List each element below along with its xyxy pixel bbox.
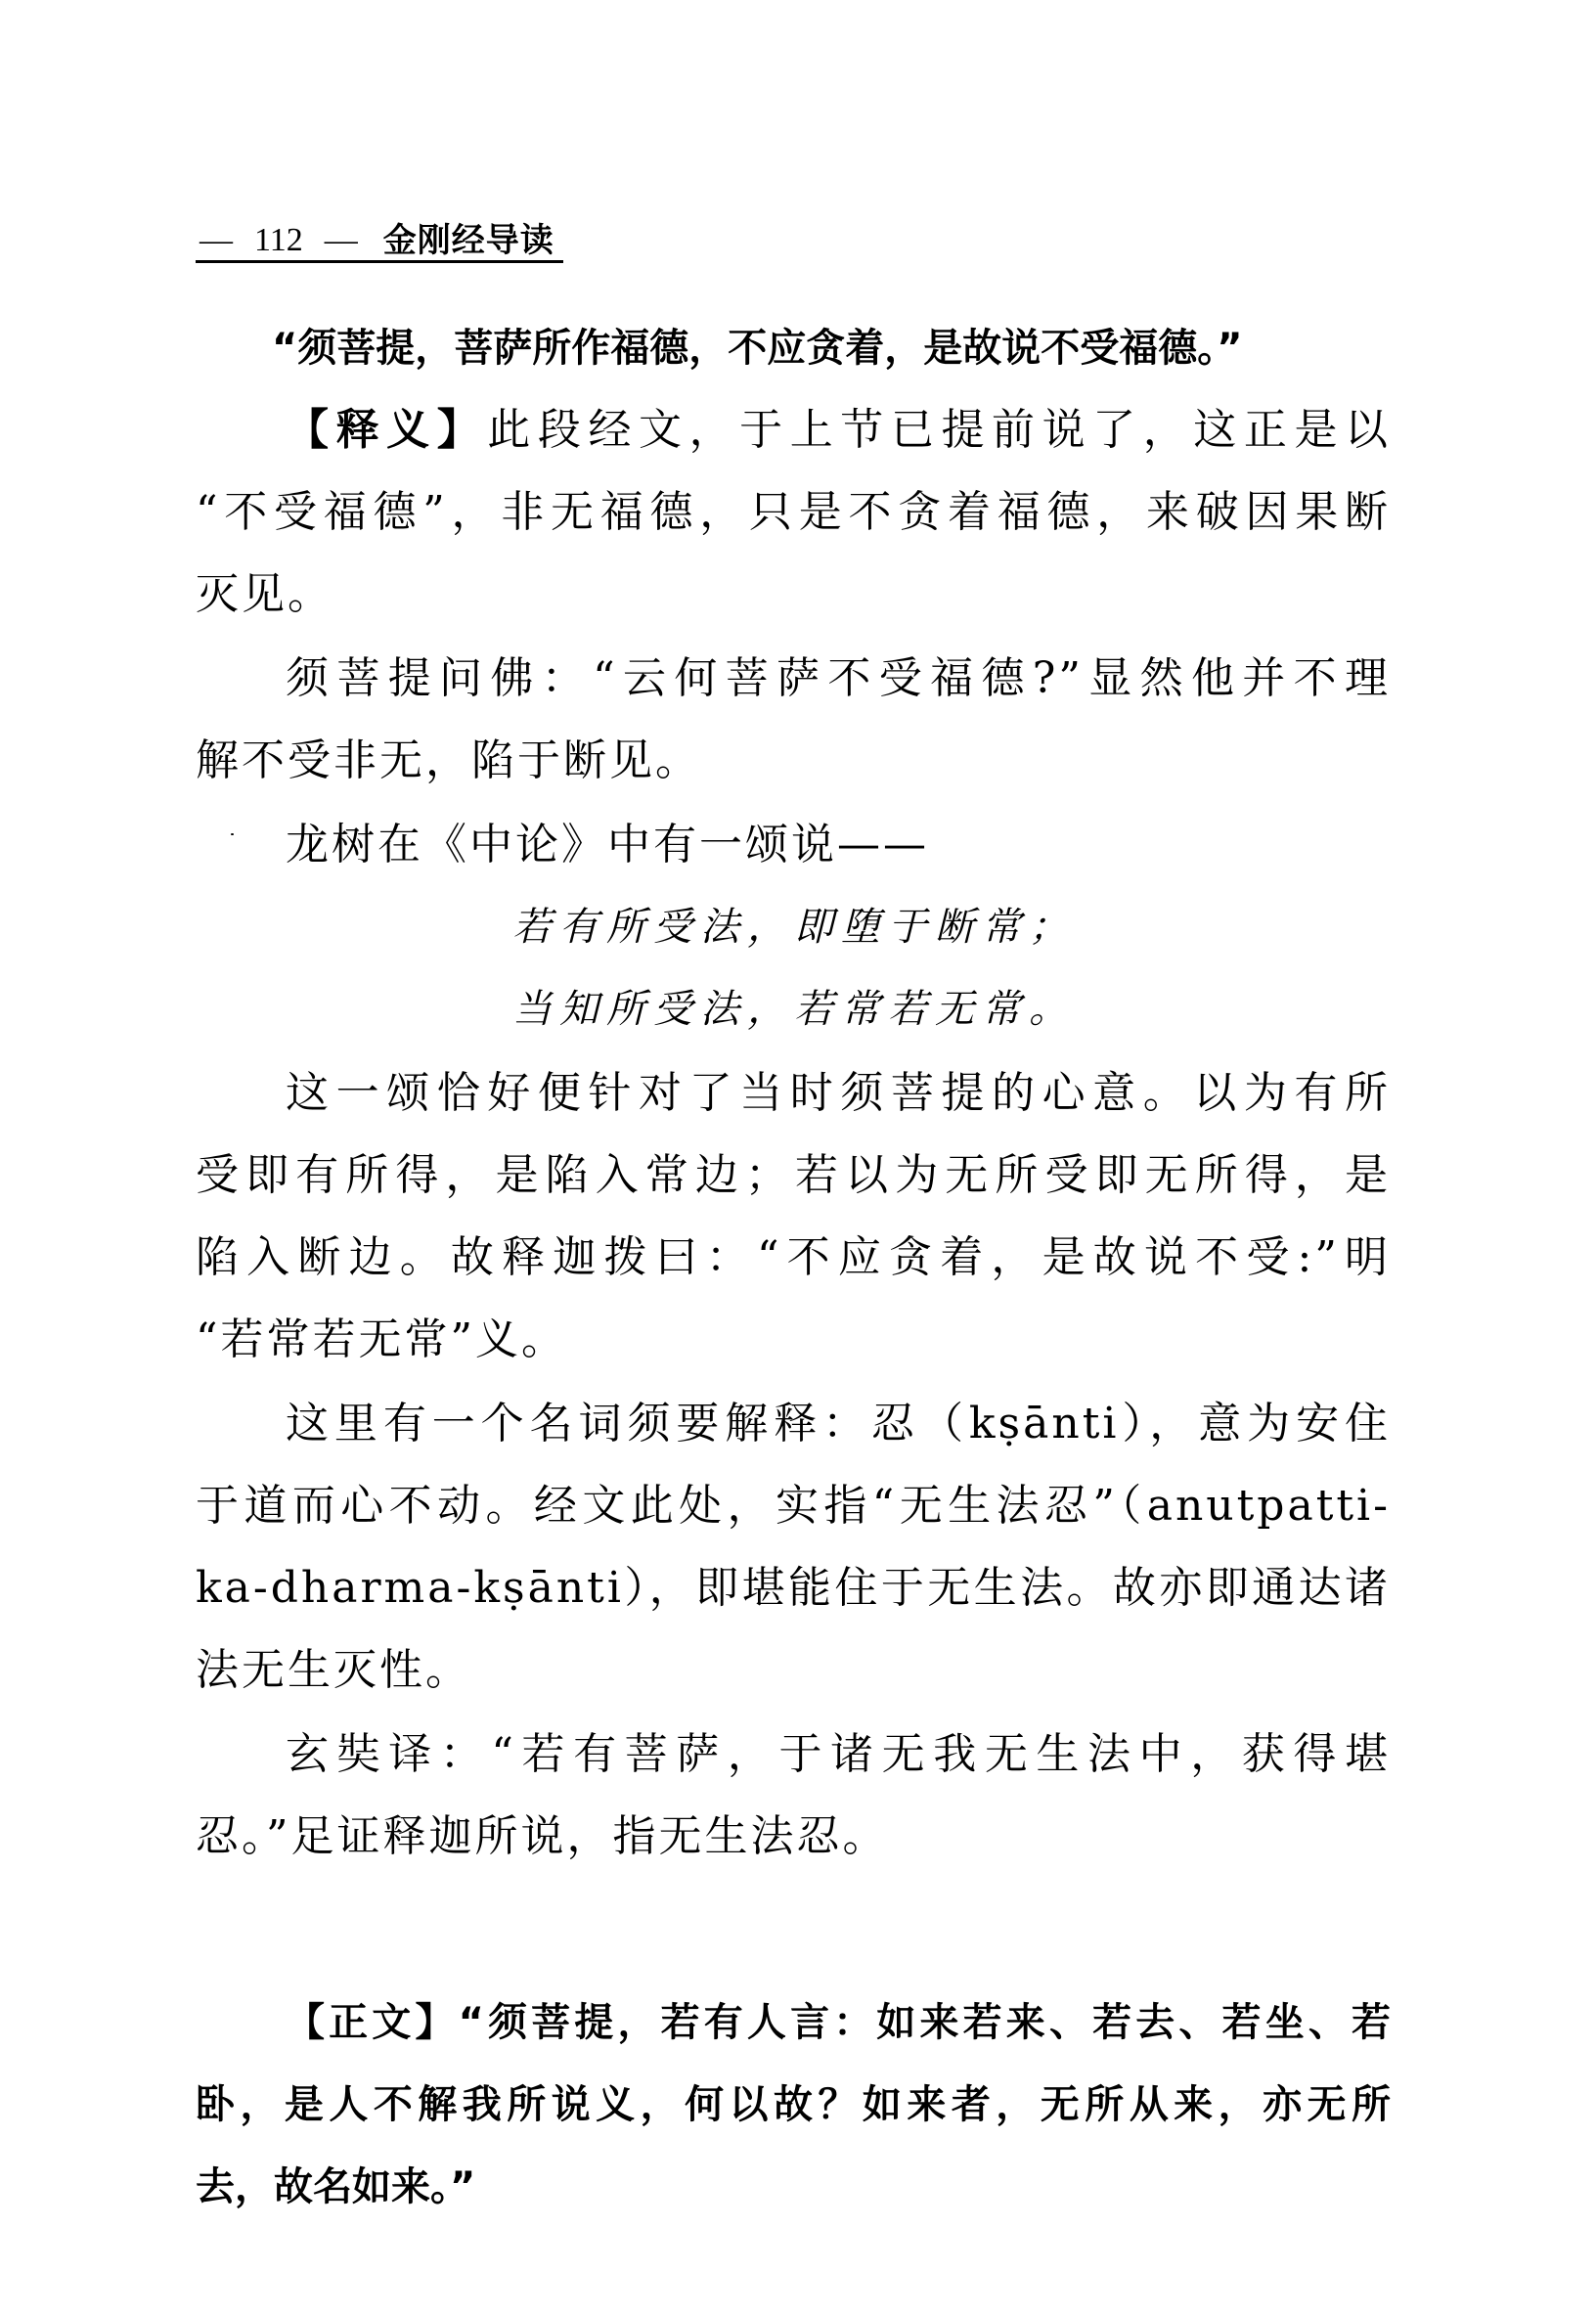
header-dash-right: — (321, 221, 362, 260)
paragraph-line: 灭见。 (196, 565, 1391, 624)
paragraph-line: 陷入断边。故释迦拨曰：“不应贪着，是故说不受:”明 (196, 1228, 1391, 1287)
paragraph-line: “若常若无常”义。 (196, 1311, 1391, 1369)
book-title: 金刚经导读 (362, 221, 554, 260)
book-page: — 112 — 金刚经导读 “须菩提，菩萨所作福德，不应贪着，是故说不受福德。”… (0, 0, 1596, 2316)
section-label-zhengwen: 【正文】 (286, 2000, 459, 2045)
paragraph-line: 龙树在《中论》中有一颂说—— (286, 816, 1391, 874)
paragraph-line: 解不受非无，陷于断见。 (196, 732, 1391, 790)
paragraph-line: 这一颂恰好便针对了当时须菩提的心意。以为有所 (286, 1064, 1391, 1123)
header-dash-left: — (196, 221, 237, 260)
paragraph-line: ka-dharma-kṣānti），即堪能住于无生法。故亦即通达诸 (196, 1559, 1391, 1618)
zhengwen-line: 去，故名如来。” (196, 2158, 1391, 2216)
paragraph-line: 玄奘译：“若有菩萨，于诸无我无生法中，获得堪 (286, 1725, 1391, 1784)
paragraph-line: 【释义】此段经文，于上节已提前说了，这正是以 (286, 401, 1391, 460)
zhengwen-line: 【正文】“须菩提，若有人言：如来若来、若去、若坐、若 (286, 1993, 1391, 2052)
paragraph-line: 这里有一个名词须要解释：忍（kṣānti），意为安住 (286, 1395, 1391, 1453)
verse-line: 当知所受法，若常若无常。 (512, 980, 1197, 1039)
scan-speck (231, 833, 234, 835)
paragraph-line: 忍。”足证释迦所说，指无生法忍。 (196, 1807, 1391, 1866)
verse-line: 若有所受法，即堕于断常； (512, 898, 1197, 957)
paragraph-line: 须菩提问佛：“云何菩萨不受福德?”显然他并不理 (286, 649, 1391, 708)
paragraph-line: “不受福德”，非无福德，只是不贪着福德，来破因果断 (196, 483, 1391, 542)
zhengwen-line: 卧，是人不解我所说义，何以故？如来者，无所从来，亦无所 (196, 2075, 1391, 2134)
zhengwen-text: “须菩提，若有人言：如来若来、若去、若坐、若 (459, 2000, 1391, 2045)
paragraph-line: 受即有所得，是陷入常边；若以为无所受即无所得，是 (196, 1146, 1391, 1205)
page-number: 112 (237, 221, 321, 260)
paragraph-line: 于道而心不动。经文此处，实指“无生法忍”（anutpatti- (196, 1477, 1391, 1536)
paragraph-text: 此段经文，于上节已提前说了，这正是以 (487, 405, 1391, 455)
paragraph-line: 法无生灭性。 (196, 1641, 1391, 1700)
running-header: — 112 — 金刚经导读 (196, 217, 563, 263)
section-label-shiyi: 【释义】 (286, 405, 487, 455)
sutra-quote: “须菩提，菩萨所作福德，不应贪着，是故说不受福德。” (272, 319, 1377, 378)
